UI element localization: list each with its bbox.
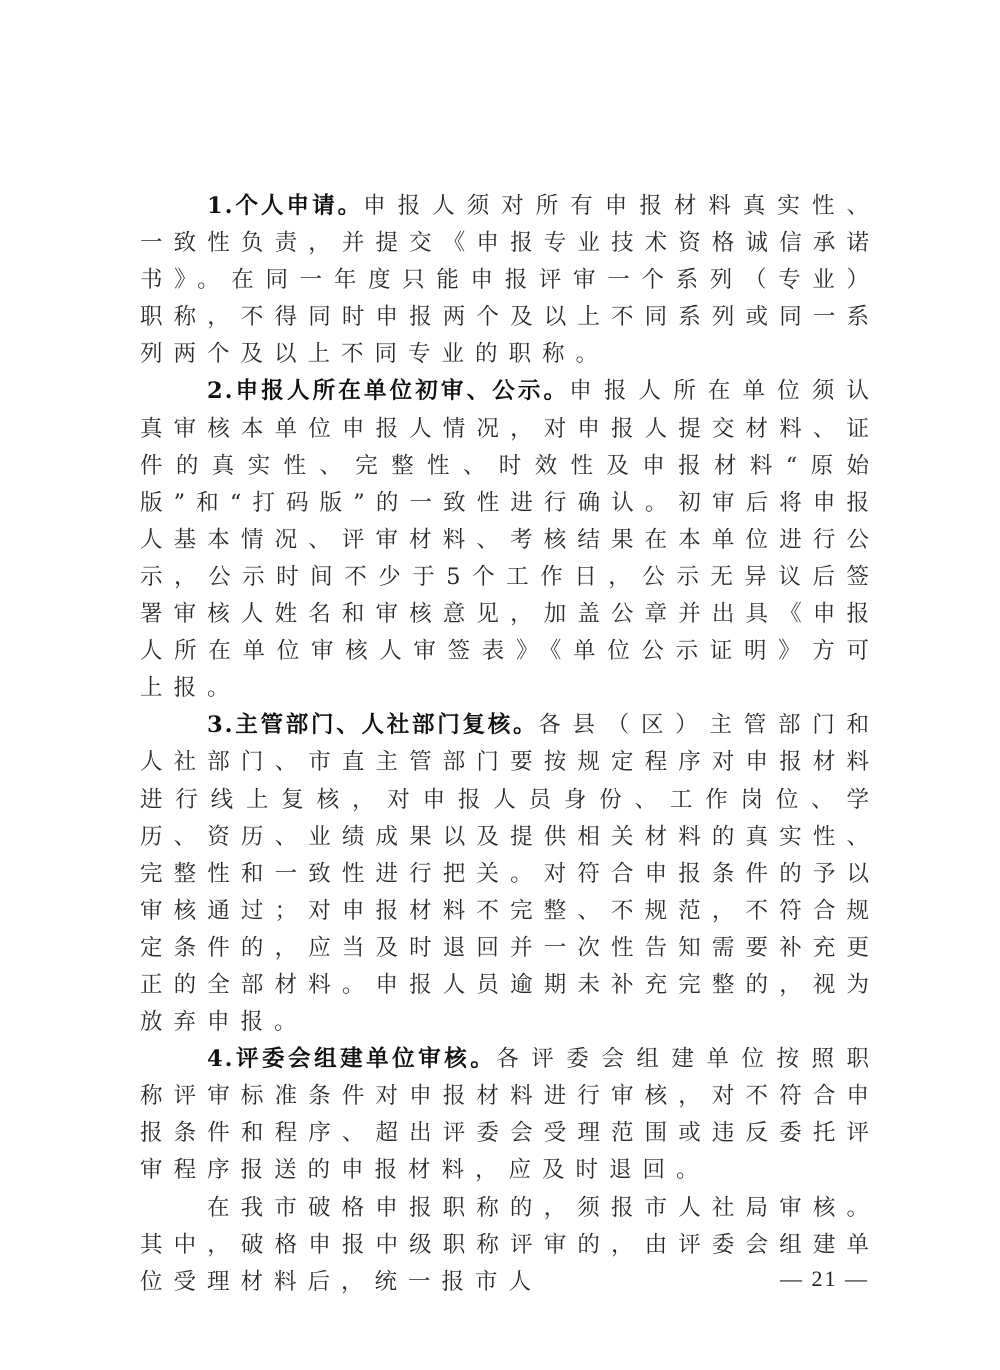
paragraph-heading: 3.主管部门、人社部门复核。 xyxy=(207,712,538,738)
paragraph-text: 在我市破格申报职称的，须报市人社局审核。其中，破格申报中级职称评审的，由评委会组… xyxy=(140,1195,880,1295)
paragraph-text: 各县（区）主管部门和人社部门、市直主管部门要按规定程序对申报材料进行线上复核，对… xyxy=(140,712,880,1035)
paragraph-heading: 1.个人申请。 xyxy=(207,193,363,219)
paragraph-text: 申报人须对所有申报材料真实性、一致性负责，并提交《申报专业技术资格诚信承诺书》。… xyxy=(140,193,880,367)
paragraph-committee-review: 4.评委会组建单位审核。各评委会组建单位按照职称评审标准条件对申报材料进行审核，… xyxy=(140,1041,880,1189)
paragraph-heading: 2.申报人所在单位初审、公示。 xyxy=(207,378,569,404)
paragraph-text: 申报人所在单位须认真审核本单位申报人情况，对申报人提交材料、证件的真实性、完整性… xyxy=(140,378,880,701)
page-number: — 21 — xyxy=(780,1266,869,1292)
paragraph-personal-application: 1.个人申请。申报人须对所有申报材料真实性、一致性负责，并提交《申报专业技术资格… xyxy=(140,188,880,373)
paragraph-heading: 4.评委会组建单位审核。 xyxy=(207,1046,496,1072)
paragraph-exceptional-application: 在我市破格申报职称的，须报市人社局审核。其中，破格申报中级职称评审的，由评委会组… xyxy=(140,1190,880,1301)
paragraph-department-recheck: 3.主管部门、人社部门复核。各县（区）主管部门和人社部门、市直主管部门要按规定程… xyxy=(140,707,880,1041)
document-body: 1.个人申请。申报人须对所有申报材料真实性、一致性负责，并提交《申报专业技术资格… xyxy=(140,188,880,1301)
paragraph-unit-initial-review: 2.申报人所在单位初审、公示。申报人所在单位须认真审核本单位申报人情况，对申报人… xyxy=(140,373,880,707)
